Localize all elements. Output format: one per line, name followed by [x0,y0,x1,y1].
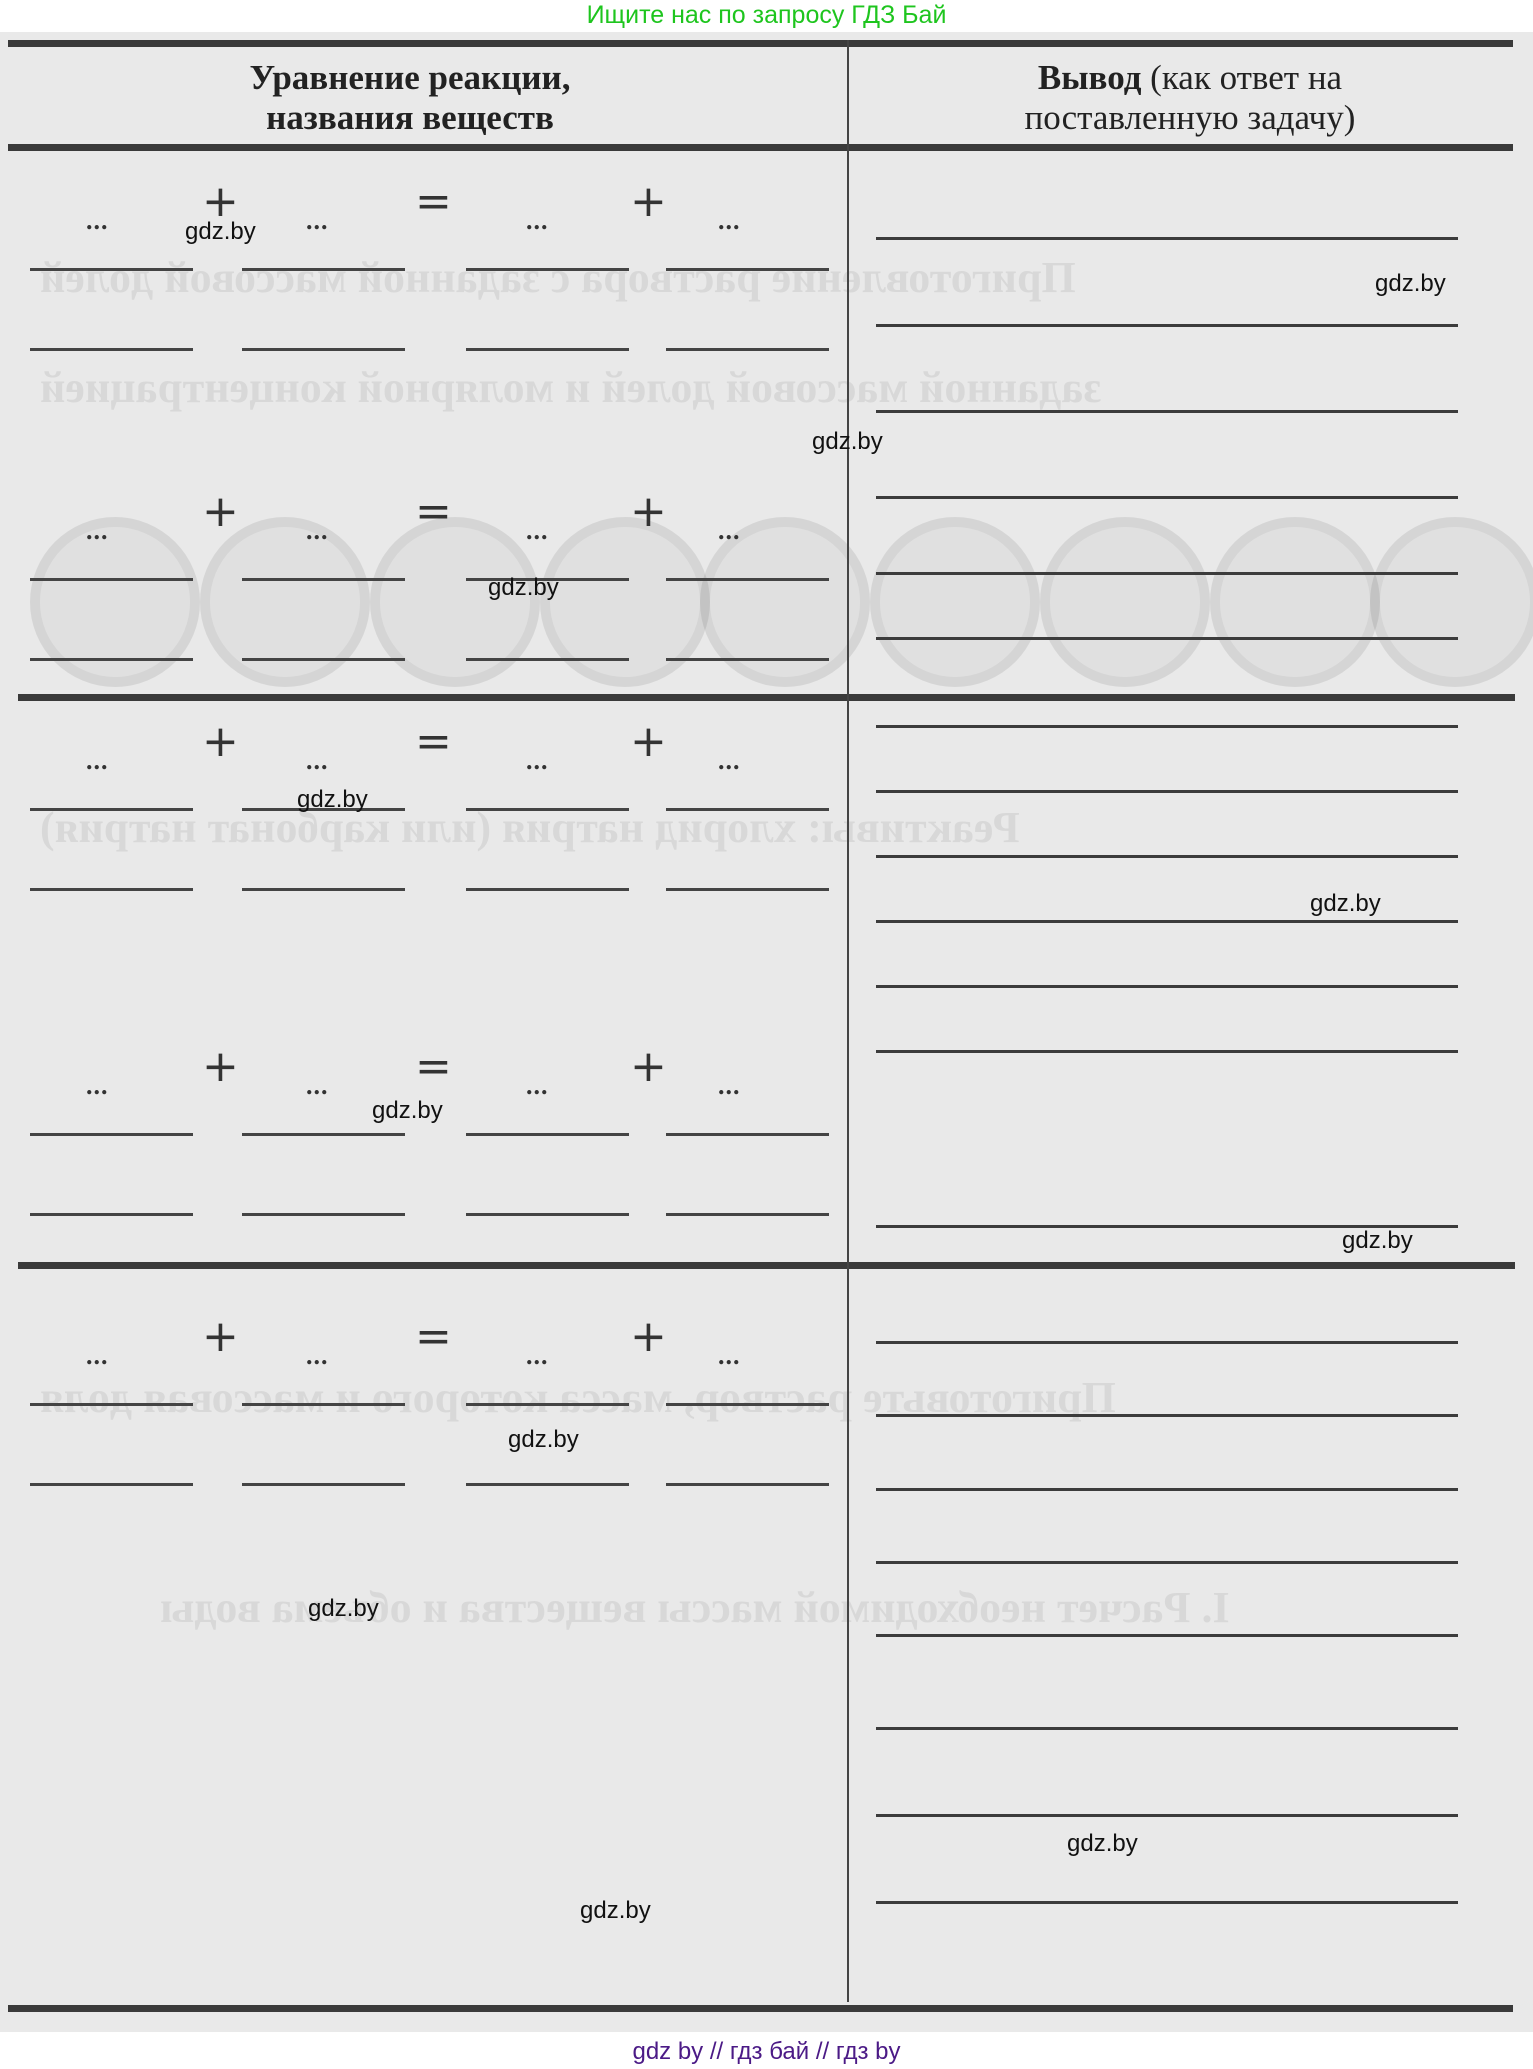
watermark: gdz.by [1310,890,1381,918]
conclusion-blank-line[interactable] [876,1727,1458,1730]
substance-name-blank-line[interactable] [30,1483,193,1486]
substance-name-blank-line[interactable] [242,1483,405,1486]
conclusion-blank-line[interactable] [876,1414,1458,1417]
watermark: gdz.by [308,1595,379,1623]
formula-blank-line[interactable] [30,808,193,811]
substance-name-blank-line[interactable] [466,1213,629,1216]
substance-name-blank-line[interactable] [466,658,629,661]
conclusion-blank-line[interactable] [876,790,1458,793]
show-through-circle [1370,517,1533,687]
substance-name-blank-line[interactable] [466,348,629,351]
equation-term-placeholder: ... [86,1071,109,1101]
equation-term-placeholder: ... [306,1071,329,1101]
formula-blank-line[interactable] [666,1403,829,1406]
equals-sign: = [415,490,452,534]
substance-name-blank-line[interactable] [666,658,829,661]
substance-name-blank-line[interactable] [242,888,405,891]
substance-name-blank-line[interactable] [666,888,829,891]
equation-term-placeholder: ... [718,1071,741,1101]
plus-sign: + [202,720,239,764]
equation-row: ............+=+ [0,1045,845,1245]
conclusion-blank-line[interactable] [876,324,1458,327]
substance-name-blank-line[interactable] [30,888,193,891]
section-rule [18,1262,1515,1269]
watermark: gdz.by [1067,1830,1138,1858]
conclusion-blank-line[interactable] [876,410,1458,413]
plus-sign: + [202,490,239,534]
plus-sign: + [630,180,667,224]
plus-sign: + [630,720,667,764]
equation-term-placeholder: ... [718,746,741,776]
conclusion-blank-line[interactable] [876,572,1458,575]
formula-blank-line[interactable] [666,808,829,811]
equation-term-placeholder: ... [86,516,109,546]
substance-name-blank-line[interactable] [242,348,405,351]
equation-term-placeholder: ... [718,1341,741,1371]
section-rule [18,694,1515,701]
conclusion-blank-line[interactable] [876,637,1458,640]
substance-name-blank-line[interactable] [242,658,405,661]
conclusion-blank-line[interactable] [876,496,1458,499]
equation-term-placeholder: ... [306,206,329,236]
conclusion-blank-line[interactable] [876,725,1458,728]
substance-name-blank-line[interactable] [30,348,193,351]
header-conclusion-bold: Вывод [1038,58,1142,97]
bottom-banner: gdz by // гдз бай // гдз by [0,2035,1533,2069]
watermark: gdz.by [488,574,559,602]
formula-blank-line[interactable] [466,1133,629,1136]
equation-term-placeholder: ... [306,1341,329,1371]
conclusion-blank-line[interactable] [876,237,1458,240]
formula-blank-line[interactable] [242,1133,405,1136]
plus-sign: + [630,490,667,534]
conclusion-blank-line[interactable] [876,1561,1458,1564]
column-divider [847,40,849,2002]
watermark: gdz.by [297,786,368,814]
substance-name-blank-line[interactable] [466,1483,629,1486]
formula-blank-line[interactable] [666,578,829,581]
plus-sign: + [202,1315,239,1359]
table-top-rule [8,40,1513,47]
formula-blank-line[interactable] [666,268,829,271]
formula-blank-line[interactable] [30,1133,193,1136]
substance-name-blank-line[interactable] [466,888,629,891]
substance-name-blank-line[interactable] [666,348,829,351]
equation-term-placeholder: ... [718,206,741,236]
formula-blank-line[interactable] [466,808,629,811]
conclusion-blank-line[interactable] [876,855,1458,858]
plus-sign: + [202,1045,239,1089]
watermark: gdz.by [812,428,883,456]
top-banner: Ищите нас по запросу ГДЗ Бай [0,0,1533,30]
watermark: gdz.by [508,1426,579,1454]
conclusion-blank-line[interactable] [876,1814,1458,1817]
formula-blank-line[interactable] [242,578,405,581]
equation-term-placeholder: ... [86,206,109,236]
formula-blank-line[interactable] [242,1403,405,1406]
equation-term-placeholder: ... [86,746,109,776]
watermark: gdz.by [580,1897,651,1925]
equation-row: ............+=+ [0,180,845,380]
substance-name-blank-line[interactable] [242,1213,405,1216]
watermark: gdz.by [372,1097,443,1125]
formula-blank-line[interactable] [466,1403,629,1406]
plus-sign: + [630,1315,667,1359]
formula-blank-line[interactable] [466,268,629,271]
conclusion-blank-line[interactable] [876,1341,1458,1344]
equals-sign: = [415,720,452,764]
show-through-circle [1210,517,1380,687]
formula-blank-line[interactable] [30,268,193,271]
substance-name-blank-line[interactable] [30,658,193,661]
formula-blank-line[interactable] [30,1403,193,1406]
header-bottom-rule [8,144,1513,151]
watermark: gdz.by [185,218,256,246]
equation-row: ............+=+ [0,720,845,920]
table-bottom-rule [8,2005,1513,2012]
equation-term-placeholder: ... [718,516,741,546]
formula-blank-line[interactable] [666,1133,829,1136]
equals-sign: = [415,180,452,224]
conclusion-blank-line[interactable] [876,1634,1458,1637]
conclusion-blank-line[interactable] [876,1050,1458,1053]
conclusion-blank-line[interactable] [876,920,1458,923]
equation-term-placeholder: ... [526,746,549,776]
equation-term-placeholder: ... [306,746,329,776]
show-through-circle [870,517,1040,687]
formula-blank-line[interactable] [242,268,405,271]
conclusion-blank-line[interactable] [876,1488,1458,1491]
substance-name-blank-line[interactable] [666,1483,829,1486]
equation-term-placeholder: ... [526,1071,549,1101]
equation-term-placeholder: ... [526,206,549,236]
show-through-circle [1040,517,1210,687]
header-reaction-equation: Уравнение реакции, названия веществ [190,58,630,138]
equals-sign: = [415,1045,452,1089]
substance-name-blank-line[interactable] [666,1213,829,1216]
watermark: gdz.by [1342,1227,1413,1255]
equation-term-placeholder: ... [306,516,329,546]
equation-term-placeholder: ... [86,1341,109,1371]
equation-term-placeholder: ... [526,1341,549,1371]
substance-name-blank-line[interactable] [30,1213,193,1216]
conclusion-blank-line[interactable] [876,1901,1458,1904]
formula-blank-line[interactable] [30,578,193,581]
watermark: gdz.by [1375,270,1446,298]
conclusion-blank-line[interactable] [876,985,1458,988]
equation-row: ............+=+ [0,490,845,690]
equals-sign: = [415,1315,452,1359]
equation-row: ............+=+ [0,1315,845,1515]
plus-sign: + [630,1045,667,1089]
header-conclusion: Вывод (как ответ на поставленную задачу) [940,58,1440,138]
equation-term-placeholder: ... [526,516,549,546]
